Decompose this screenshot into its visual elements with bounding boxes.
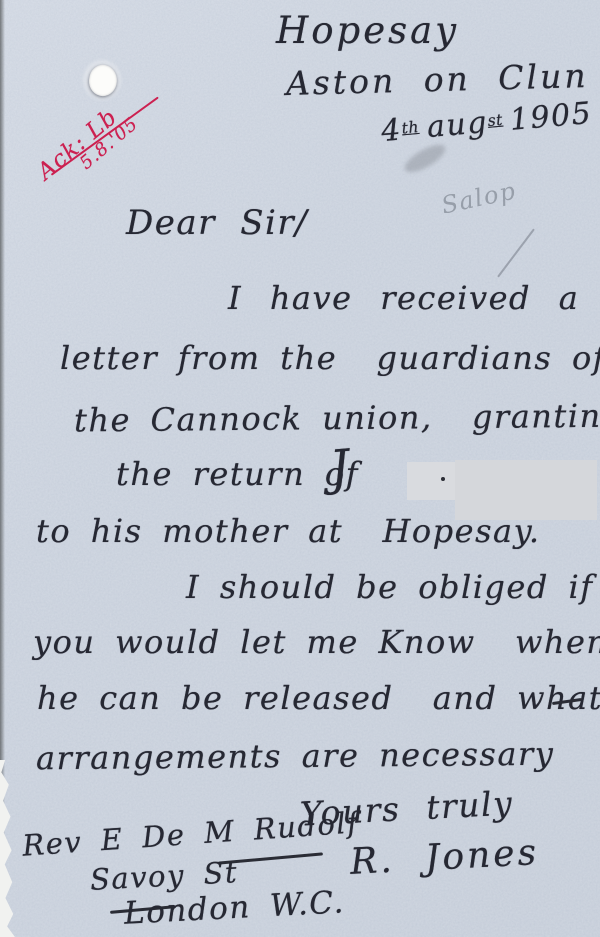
pencil-county-note: Salop <box>439 178 518 217</box>
redacted-initial: J <box>328 443 353 493</box>
date-year: 1905 <box>508 96 593 138</box>
body-line-9: arrangements are necessary <box>36 738 555 775</box>
body-line-7: you would let me Know when <box>33 626 600 658</box>
body-line-2: letter from the guardians of <box>60 342 600 374</box>
body-line-3: the Cannock union, granting <box>74 400 600 437</box>
body-line-6: I should be obliged if <box>186 571 594 603</box>
body-line-4: the return of <box>116 458 359 490</box>
signature: R. Jones <box>349 835 540 881</box>
body-line-8: he can be released and what <box>37 682 600 714</box>
torn-paper-edge <box>0 760 17 937</box>
salutation: Dear Sir/ <box>126 206 308 240</box>
date-day-suffix: th <box>401 118 420 137</box>
redaction-box-large <box>455 460 597 520</box>
letterhead-locality: Aston on Clun <box>286 59 589 100</box>
date-day: 4 <box>380 112 404 149</box>
pencil-slash <box>497 228 535 277</box>
date-month: aug <box>426 105 490 145</box>
body-line-1: I have received a <box>228 282 579 314</box>
recipient-city: London W.C. <box>123 887 345 930</box>
letter-page: Ack: Lb 5.8.'05 Hopesay Aston on Clun 4t… <box>0 0 600 937</box>
letterhead-date: 4thaugst1905 <box>380 99 593 147</box>
recipient-street: Savoy St <box>89 858 238 895</box>
ink-smudge <box>401 140 449 178</box>
letterhead-place: Hopesay <box>276 12 459 49</box>
date-month-suffix: st <box>487 111 504 130</box>
ink-dot <box>441 477 445 481</box>
